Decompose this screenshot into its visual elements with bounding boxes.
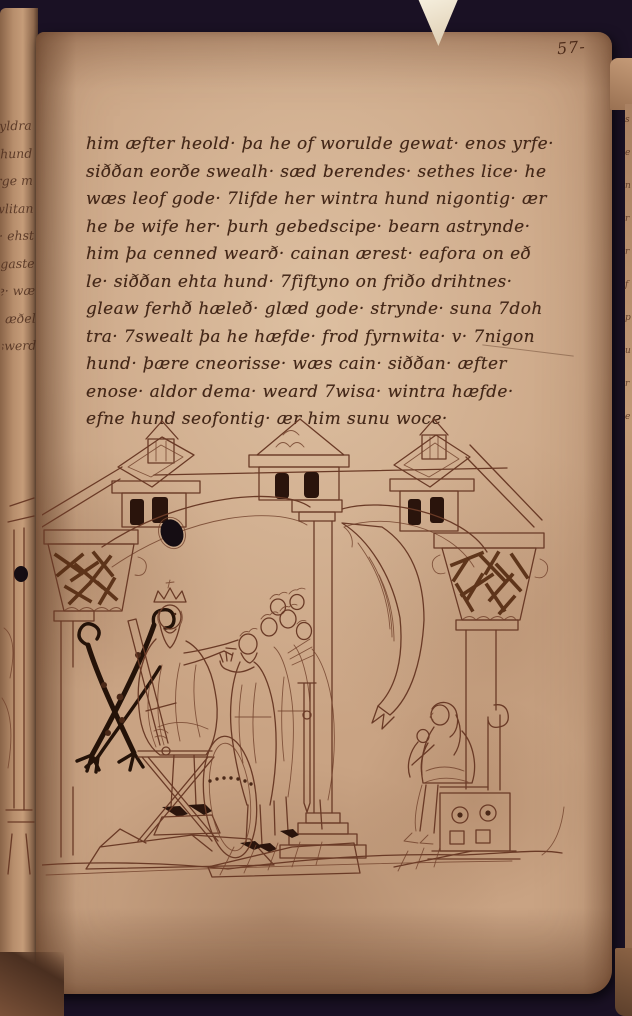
edge-letter: p (625, 302, 632, 335)
ink-illustration (42, 415, 586, 893)
crossed-branches (77, 610, 174, 772)
arched-canopy (42, 419, 542, 567)
facing-fragment: hund æðel (1, 304, 38, 332)
facing-page-text-fragments: þ yldra e hund burge m fe wlitan rna· eh… (0, 112, 39, 360)
text-line: him þa cenned wearð· cainan ærest· eafor… (86, 241, 574, 269)
curtain-drape (342, 523, 424, 729)
text-line: wæs leof gode· 7lifde her wintra hund ni… (86, 186, 574, 214)
text-line: him æfter heold· þa he of worulde gewat·… (86, 131, 574, 159)
facing-fragment: burge m (0, 167, 35, 195)
edge-letter: s (625, 104, 632, 137)
text-line: enose· aldor dema· weard 7wisa· wintra h… (86, 379, 574, 407)
edge-letter: r (625, 368, 632, 401)
old-english-text-block: him æfter heold· þa he of worulde gewat·… (86, 131, 574, 434)
text-line: tra· 7swealt þa he hæfde· frod fyrnwita·… (86, 324, 574, 352)
facing-fragment: rna· ehst (0, 222, 36, 250)
edge-letter: e (625, 137, 632, 170)
next-page-corner (610, 58, 632, 110)
facing-fragment: þ yldra (0, 112, 34, 140)
facing-page-drawing-fragment (0, 478, 38, 878)
interlace-capital-left (44, 530, 146, 857)
next-page-bottom-edge (615, 948, 632, 1016)
text-line: siððan eorðe swealh· sæd berendes· sethe… (86, 159, 574, 187)
edge-letter: n (625, 170, 632, 203)
facing-page-edge: þ yldra e hund burge m fe wlitan rna· eh… (0, 8, 38, 1016)
edge-letter: e (625, 401, 632, 434)
facing-fragment: e hund (0, 139, 35, 167)
binding-edge (0, 952, 64, 1016)
facing-fragment: e gaste (0, 249, 37, 277)
text-line: he be wife her· þurh gebedscipe· bearn a… (86, 214, 574, 242)
edge-letter: f (625, 269, 632, 302)
facing-fragment: node· wæ (1, 277, 38, 305)
manuscript-page: 57- him æfter heold· þa he of worulde ge… (36, 32, 612, 994)
seated-figure-with-child (394, 702, 520, 871)
text-line: le· siððan ehta hund· 7fiftyno on friðo … (86, 269, 574, 297)
central-column (280, 500, 366, 858)
ground-line (42, 807, 564, 875)
edge-letter: u (625, 335, 632, 368)
page-number: 57- (556, 37, 586, 58)
facing-fragment: fe wlitan (0, 194, 36, 222)
edge-letter: r (625, 236, 632, 269)
edge-letter: r (625, 203, 632, 236)
next-page-edge: s e n r r f p u r e (625, 104, 632, 950)
text-line: gleaw ferhð hæleð· glæd gode· strynde· s… (86, 296, 574, 324)
facing-fragment: d· swerd (2, 332, 39, 360)
interlace-capital-right (432, 533, 547, 789)
text-line: hund· þære cneorisse· wæs cain· siððan· … (86, 351, 574, 379)
enthroned-king (86, 580, 274, 869)
